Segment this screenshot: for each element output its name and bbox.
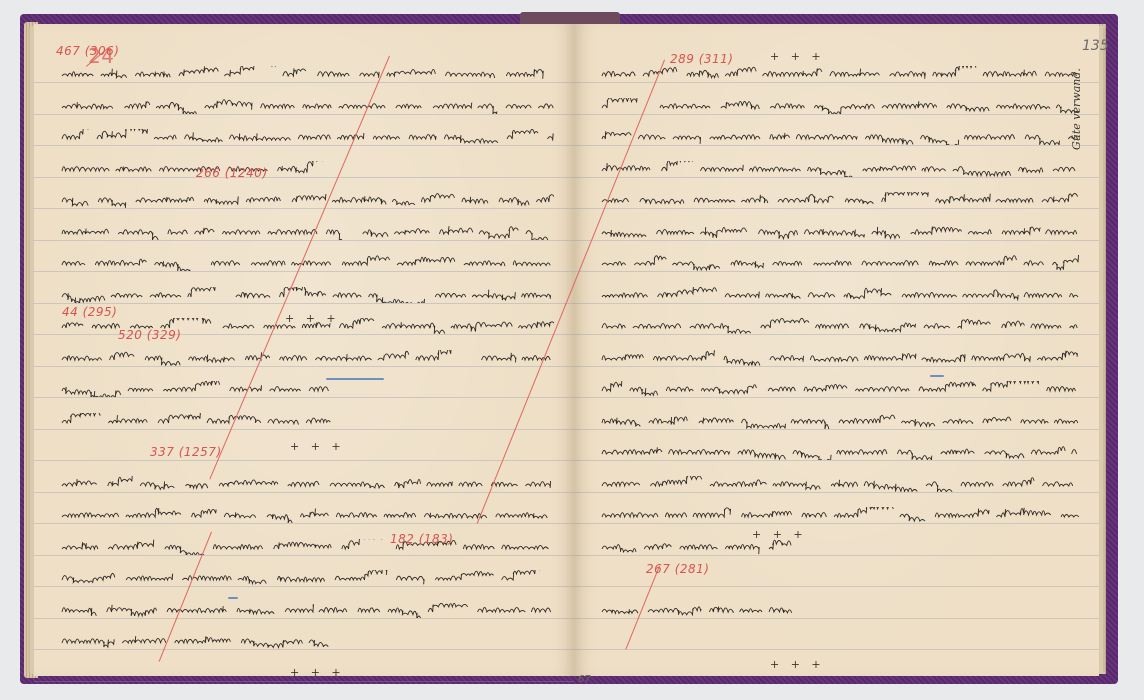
red-reference-number: 337 (1257) — [150, 445, 222, 459]
ruled-line — [574, 114, 1099, 115]
footer-number: 67 — [578, 674, 591, 685]
ruled-line — [34, 303, 574, 304]
ruled-line — [574, 208, 1099, 209]
handwritten-line — [60, 413, 554, 429]
handwritten-line — [600, 318, 1079, 334]
handwritten-line — [600, 66, 1079, 82]
ruled-line — [34, 366, 574, 367]
ruled-line — [574, 397, 1099, 398]
ruled-line — [34, 586, 574, 587]
ruled-line — [574, 492, 1099, 493]
handwritten-line — [60, 129, 554, 145]
handwritten-line — [600, 192, 1079, 208]
red-reference-number: 520 (329) — [118, 328, 182, 342]
section-separator: + + + — [290, 666, 345, 679]
blue-underline — [228, 597, 238, 599]
handwritten-line — [600, 255, 1079, 271]
ruled-line — [34, 208, 574, 209]
handwritten-line — [60, 255, 554, 271]
handwritten-line — [60, 224, 554, 240]
ruled-line — [34, 334, 574, 335]
handwritten-line — [60, 287, 554, 303]
blue-underline — [326, 378, 384, 380]
handwritten-line — [60, 161, 554, 177]
ruled-line — [34, 177, 574, 178]
red-reference-number: 289 (311) — [670, 52, 734, 66]
red-reference-number: 182 (183) — [390, 532, 454, 546]
handwritten-line — [600, 539, 1079, 555]
ruled-line — [574, 523, 1099, 524]
section-separator: + + + — [770, 50, 825, 63]
ruled-line — [574, 649, 1099, 650]
section-separator: + + + — [290, 440, 345, 453]
ruled-line — [574, 334, 1099, 335]
red-reference-number: 44 (295) — [62, 305, 117, 319]
ruled-line — [574, 429, 1099, 430]
ruled-line — [574, 82, 1099, 83]
handwritten-line — [60, 633, 554, 649]
handwritten-line — [60, 98, 554, 114]
handwritten-line — [60, 570, 554, 586]
section-separator: + + + — [770, 658, 825, 671]
handwritten-line — [600, 476, 1079, 492]
ruled-line — [34, 429, 574, 430]
handwritten-line — [600, 98, 1079, 114]
handwritten-line — [60, 192, 554, 208]
left-page — [34, 24, 575, 676]
handwritten-line — [600, 444, 1079, 460]
handwritten-line — [600, 129, 1079, 145]
ruled-line — [34, 523, 574, 524]
ruled-line — [574, 271, 1099, 272]
handwritten-line — [600, 413, 1079, 429]
handwritten-line — [600, 507, 1079, 523]
ruled-line — [574, 586, 1099, 587]
handwritten-line — [600, 602, 1079, 618]
ruled-line — [34, 240, 574, 241]
red-reference-number: 266 (1240) — [196, 166, 268, 180]
handwritten-line — [600, 224, 1079, 240]
ruled-line — [34, 492, 574, 493]
ruled-line — [34, 397, 574, 398]
red-reference-number: 267 (281) — [646, 562, 710, 576]
handwritten-line — [600, 287, 1079, 303]
ruled-line — [574, 555, 1099, 556]
ruled-line — [574, 177, 1099, 178]
handwritten-line — [600, 161, 1079, 177]
ruled-line — [574, 240, 1099, 241]
handwritten-line — [60, 350, 554, 366]
section-separator: + + + — [752, 528, 807, 541]
section-separator: + + + — [285, 312, 340, 325]
ruled-line — [34, 82, 574, 83]
ruled-line — [34, 681, 574, 682]
ruled-line — [34, 114, 574, 115]
handwritten-line — [60, 602, 554, 618]
red-reference-number: 467 (306) — [56, 44, 120, 58]
handwritten-line — [60, 381, 554, 397]
blue-underline — [930, 375, 944, 377]
handwritten-line — [60, 66, 554, 82]
ruled-line — [574, 303, 1099, 304]
ruled-line — [34, 618, 574, 619]
ruled-line — [574, 145, 1099, 146]
handwritten-line — [60, 476, 554, 492]
margin-note: Güte verwand. — [1070, 68, 1083, 150]
handwritten-line — [600, 350, 1079, 366]
handwritten-line — [60, 539, 554, 555]
ruled-line — [34, 460, 574, 461]
ruled-line — [34, 145, 574, 146]
ruled-line — [34, 649, 574, 650]
page-number: 135 — [1082, 38, 1109, 54]
ruled-line — [574, 618, 1099, 619]
ruled-line — [574, 366, 1099, 367]
ruled-line — [34, 555, 574, 556]
handwritten-line — [600, 381, 1079, 397]
ruled-line — [34, 271, 574, 272]
ruled-line — [574, 460, 1099, 461]
